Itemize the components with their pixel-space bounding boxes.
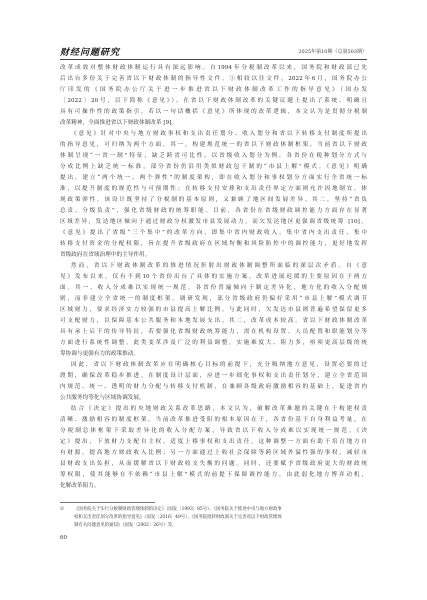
footnote-marker: ①	[60, 506, 74, 514]
footnote-text: 《国务院关于实行分税制财政管理体制的决定》（国发〔1993〕85号）、《国务院关…	[74, 507, 282, 512]
text-line: 厅印发的《国务院办公厅关于进一步推进省以下财政体制改革工作的指导意见》（国办发	[60, 85, 367, 96]
text-line: 清晰、激励相容的制度框架。当前改革推进受阻的根本原因在于，各省份基于自身利益考量…	[60, 415, 367, 426]
text-line: 筹权限，使其能够在不依赖“市县上解”模式的前提下保障调控能力，由此弱化地方博弈动…	[60, 470, 367, 481]
footnotes: ①《国务院关于实行分税制财政管理体制的决定》（国发〔1993〕85号）、《国务院…	[60, 506, 367, 530]
text-line: 方面进行系统性调整。此类变革涉及广泛的利益调整，实施难度大、阻力多，亟须更高层级…	[60, 338, 367, 349]
text-line: 区域差异，发达地区倾向于通过财政分权激发市县发展动力，而欠发达地区更强调省级统筹…	[60, 217, 367, 228]
text-line: 面。其一，收入分成难以实现统一规范。各省份普遍倾向于制定差异化、地方化的收入分配…	[60, 283, 367, 294]
text-line: 总责、分级负责”，强化省级财政的统筹职能。目前，各省份在省级财政调控能力方面存在…	[60, 206, 367, 217]
text-line: 则，而非建立全省统一的制度框架。调研发现，部分省级政府仍偏好采用“市县上解”模式…	[60, 294, 367, 305]
text-line: 《意见》针对中央与地方财政事权和支出责任划分、收入划分和省以下转移支付制度所提出	[60, 129, 367, 140]
running-header: 财经问题研究 2025年第10期（总第503期）	[60, 45, 367, 60]
text-line: 内规范、统一、透明的财力分配与转移支付机制，在兼顾各级政府激励相容的基础上，促进…	[60, 382, 367, 393]
text-line: 化解改革阻力。	[60, 481, 367, 492]
text-line: 分税制总体框架下采取差异化的收入分配方案，导致省以下收入分成难以实现统一规范。《…	[60, 426, 367, 437]
text-line: 然而，省以下财政体制改革的推进情况折射出财政体制调整所面临的深层次矛盾。自《意	[60, 261, 367, 272]
text-line: 改革成效对整体财政体制运行具有深远影响。自1994年分税制改革以来，国务院和财政…	[60, 63, 367, 74]
text-line: 有财源，提高地方财政收入比例；另一方面通过上收社会保障等跨区域外溢性强的事权，减…	[60, 448, 367, 459]
text-line: 定》提出，下放财力支配自主权、适度上移事权和支出责任。这种调整一方面有助于培育地…	[60, 437, 367, 448]
text-line: 现政策弹性。该设计既坚持了分税制的基本原则，又兼顾了地区间发展差异。其二，坚持“…	[60, 195, 367, 206]
text-line: 准，以提升制度的规范性与可预期性；在转移支付安排和支出责任界定方面则允许因地制宜…	[60, 184, 367, 195]
text-line: 的指导意见，可归纳为两个方面。其一，构建规范统一的省以下财政体制框架。当前省以下…	[60, 140, 367, 151]
footnote-line: ①《国务院关于实行分税制财政管理体制的决定》（国发〔1993〕85号）、《国务院…	[60, 506, 367, 514]
text-line: 转移支付资金的分配权限，旨在提升省级政府在区域均衡和风险防控中的调控能力，更好地…	[60, 239, 367, 250]
text-line: 因此，省以下财政体制改革应在明确核心目标的前提下，充分吸纳地方意见，设置必要的过	[60, 360, 367, 371]
text-line: 筹协调与更强有力的政策推动。	[60, 349, 367, 360]
text-line: 结合《决定》提出的央地财政关系改革思路，本文认为，破解改革难题的关键在于构建权责	[60, 404, 367, 415]
page-number: 60	[60, 535, 67, 541]
text-line: 县财政支出负担，从而缓解省以下财政收支失衡的问题。同时，还要赋予省级政府更大的财…	[60, 459, 367, 470]
text-line: 具有承上启下的传导特征，若要强化省级财政统筹能力，需在机构设置、人员配置和职能划…	[60, 327, 367, 338]
text-line: 〔2022〕20号，以下简称《意见》）。在省以下财政体制改革的关键议题上提出了系…	[60, 96, 367, 107]
text-line: 改革精神，全面推进省以下财政体制改革 [9]。	[60, 118, 367, 129]
text-line: 省级政府在省域治理中的主导作用。	[60, 250, 367, 261]
footnote-line: 制有关问题意见的通知》（国发〔2002〕26号）等。	[60, 522, 367, 530]
text-line: 后出台多份关于完善省以下财政体制的指导性文件。①相较以往文件，2022年6月，国…	[60, 74, 367, 85]
text-line: 具有可操作性的政策指引。若以一句话概括《意见》所体现的改革逻辑，本文认为是贯彻分…	[60, 107, 367, 118]
issue-info: 2025年第10期（总第503期）	[298, 48, 367, 55]
footnote-divider	[60, 502, 155, 503]
text-line: 提出，建立“两个统一、两个弹性”的制度架构，即在收入划分和事权划分方面实行全省统…	[60, 173, 367, 184]
journal-title: 财经问题研究	[60, 45, 120, 58]
article-body: 改革成效对整体财政体制运行具有深远影响。自1994年分税制改革以来，国务院和财政…	[60, 63, 367, 492]
text-line: 见》发布以来，仅有不到10个省份出台了具体的实施方案。改革进展迟缓的主要原因在于…	[60, 272, 367, 283]
text-line: 区域财力，要求经济实力较强的市县提高上解比例。与此同时，欠发达市县则普遍希望保留…	[60, 305, 367, 316]
text-line: 渡期，确保改革稳步推进。在制度设计层面，应进一步细化事权和支出责任划分，建立全省…	[60, 371, 367, 382]
text-line: 公共服务均等化与区域协调发展。	[60, 393, 367, 404]
text-line: 分成比例上缺乏统一标准，部分省份仍沿用类似财政包干制的“市县上解”模式。《意见》…	[60, 162, 367, 173]
text-line: 体制呈现“一省一制”特征，缺乏跨省可比性。以省级收入划分为例，各省份在税种划分方…	[60, 151, 367, 162]
text-line: 可支配财力，以保障基本公共服务和本地发展支出。其二，改革成本较高。省以下财政体制…	[60, 316, 367, 327]
footnote-line: 权和支出责任划分改革的指导意见》（国发〔2016〕49号）、《国务院批转财政部关…	[60, 514, 367, 522]
text-line: 《意见》提出了省级“三个集中”的改革方向，即集中省内财政收入、集中省内支出责任、…	[60, 228, 367, 239]
